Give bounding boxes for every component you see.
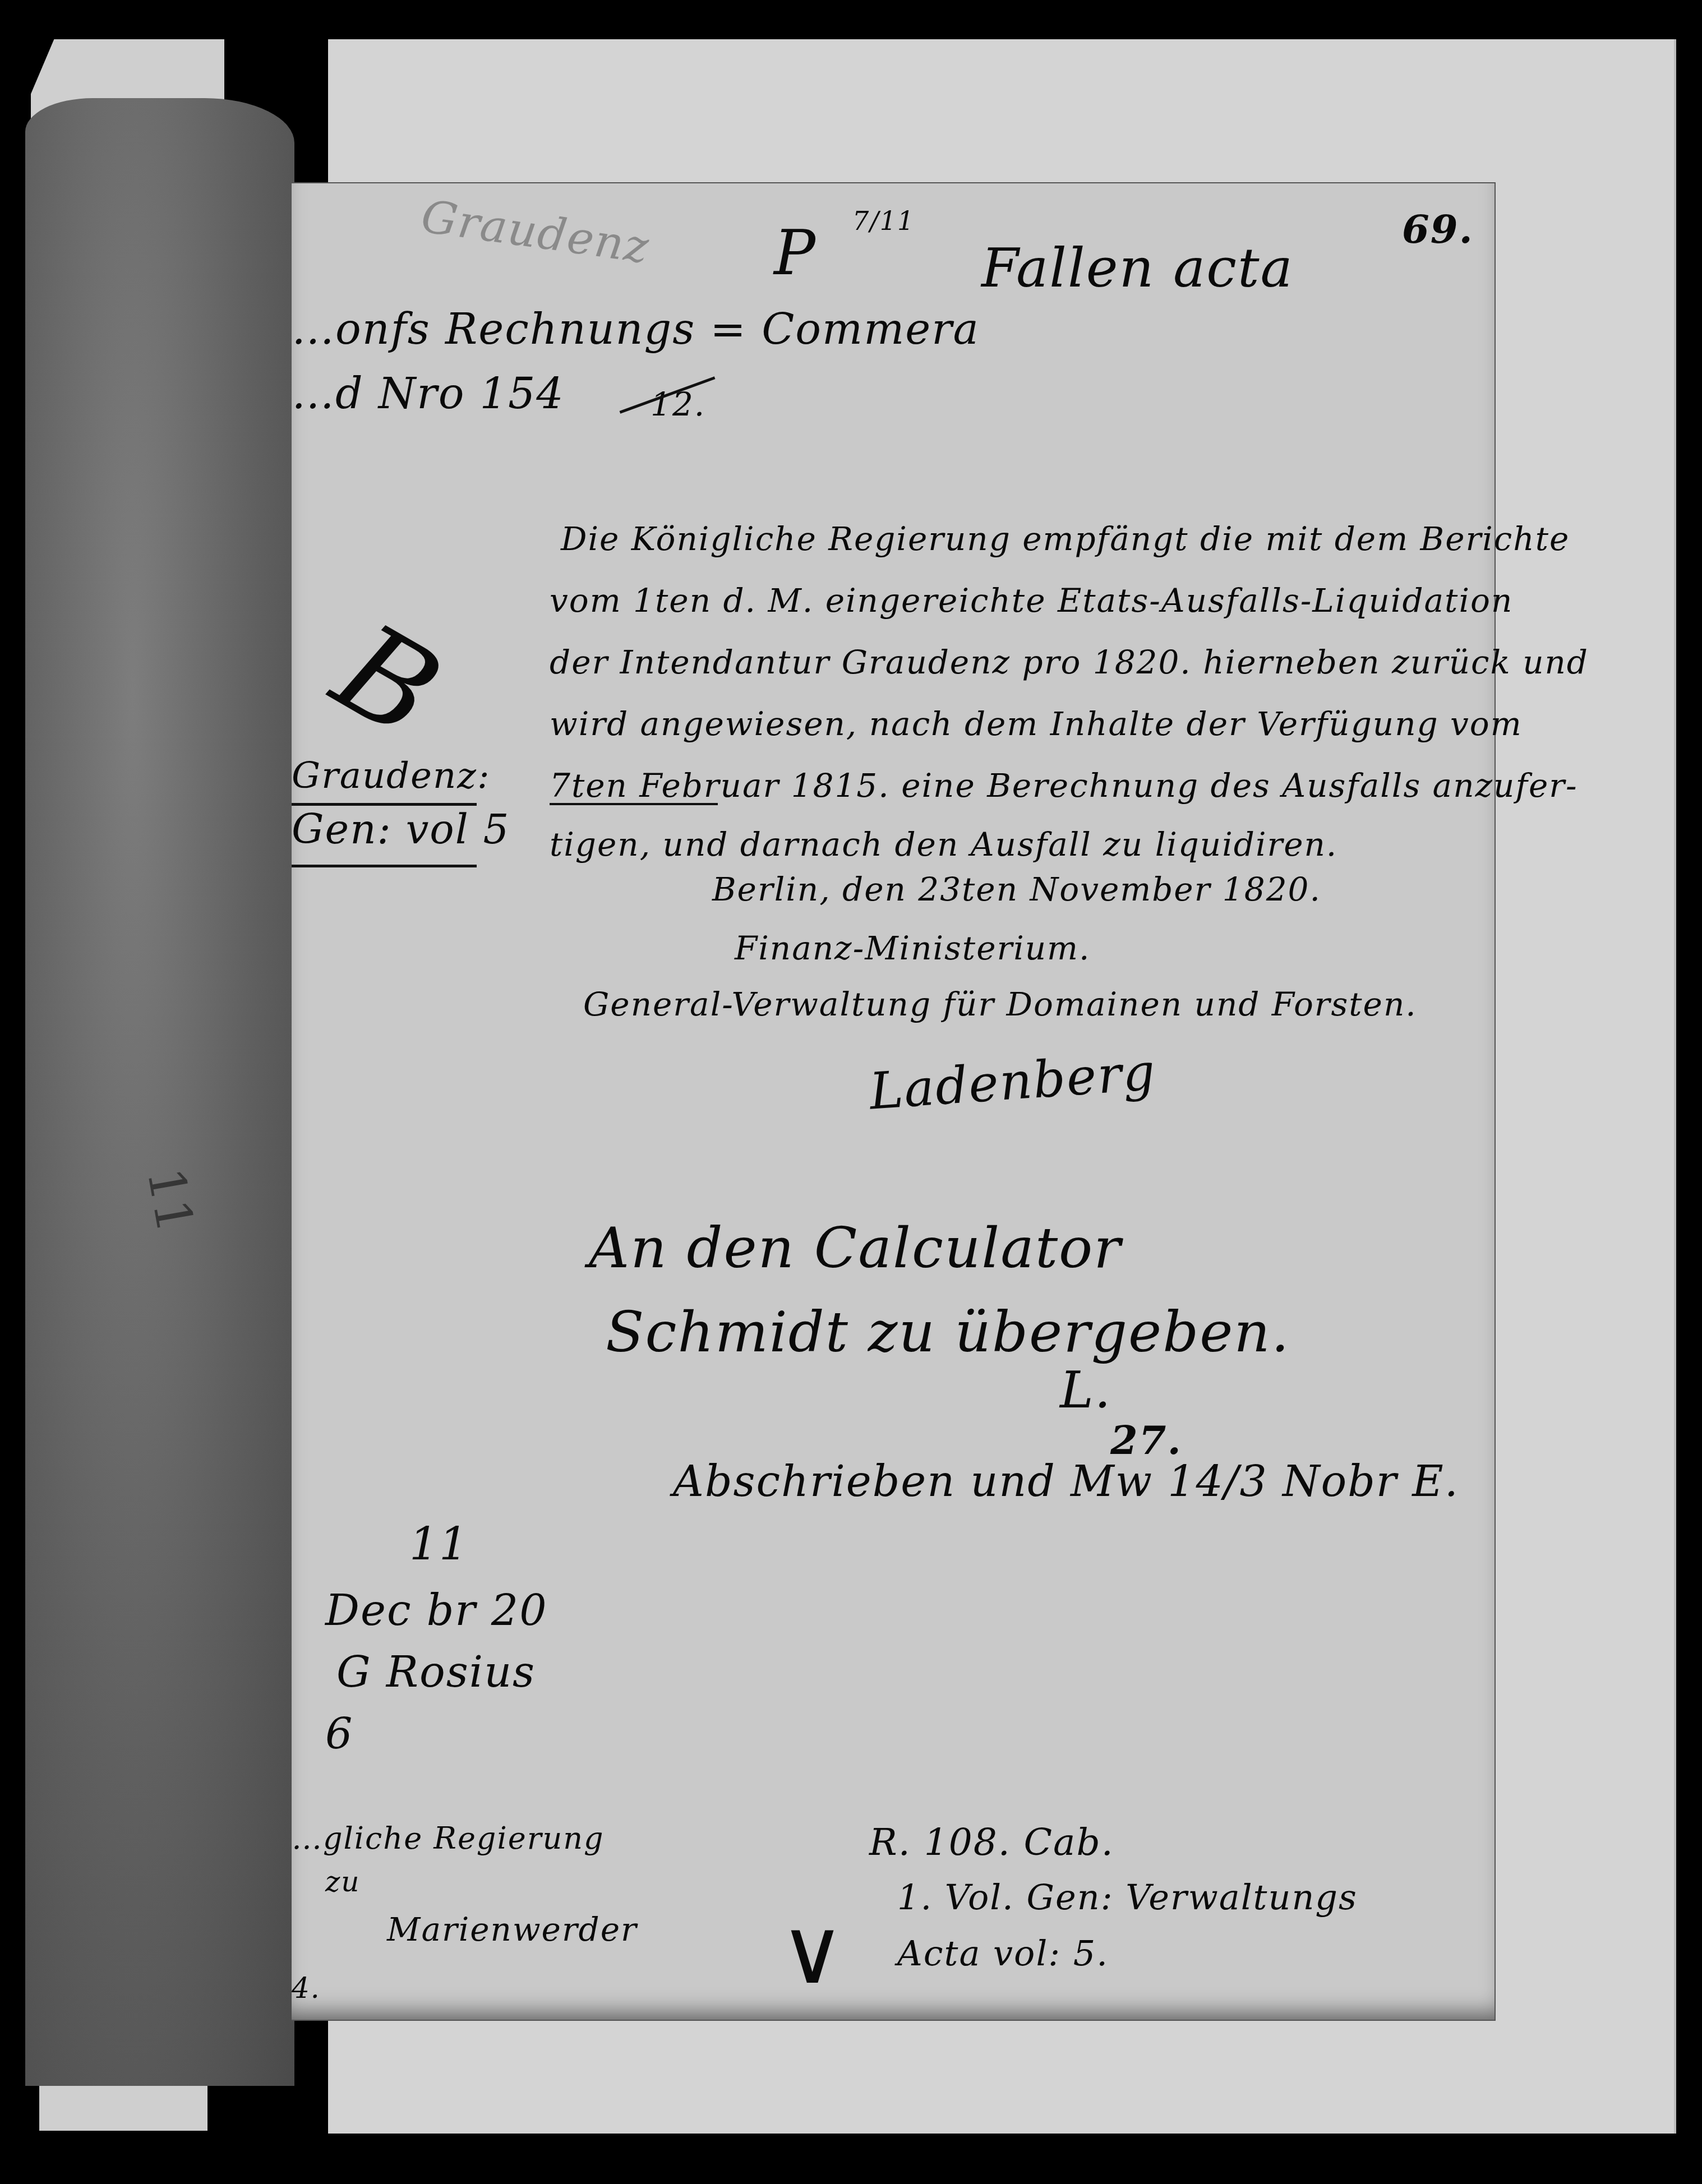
book-spine: 11 xyxy=(25,98,294,2086)
initials: L. xyxy=(1060,1361,1111,1420)
annotation-note: Abschrieben und Mw 14/3 Nobr E. xyxy=(673,1456,1459,1506)
header-note: Fallen acta xyxy=(981,237,1294,299)
header-mark-sup: 7/11 xyxy=(852,206,915,236)
address-line-4: 4. xyxy=(292,1972,321,2005)
department: General-Verwaltung für Domainen und Fors… xyxy=(583,985,1417,1023)
ref-line-1: R. 108. Cab. xyxy=(869,1821,1114,1864)
header-mark: P xyxy=(774,217,817,289)
address-line-1: …gliche Regierung xyxy=(292,1821,605,1856)
body-line-4: wird angewiesen, nach dem Inhalte der Ve… xyxy=(550,705,1523,743)
date-underline xyxy=(550,803,718,805)
faint-show-through-text: Graudenz xyxy=(418,190,653,274)
left-note-num: 11 xyxy=(409,1518,469,1570)
margin-line2: Gen: vol 5 xyxy=(292,806,510,853)
margin-line1: Graudenz: xyxy=(292,755,490,797)
receipt-flourish: B xyxy=(312,596,464,767)
left-note-date: Dec br 20 xyxy=(325,1585,547,1635)
header-title-line2: …d Nro 154 xyxy=(292,368,565,418)
body-line-3: der Intendantur Graudenz pro 1820. hiern… xyxy=(550,643,1589,681)
ministry: Finanz-Ministerium. xyxy=(735,929,1091,967)
body-line-2: vom 1ten d. M. eingereichte Etats-Ausfal… xyxy=(550,581,1513,620)
address-line-2: zu xyxy=(325,1866,361,1898)
body-line-1: Die Königliche Regierung empfängt die mi… xyxy=(561,520,1570,558)
instruction-line-2: Schmidt zu übergeben. xyxy=(606,1299,1290,1365)
instruction-line-1: An den Calculator xyxy=(589,1215,1122,1281)
folio-number: 69. xyxy=(1402,206,1474,252)
body-line-6: tigen, und darnach den Ausfall zu liquid… xyxy=(550,825,1337,864)
spine-mark: 11 xyxy=(136,1163,205,1237)
left-note-extra: 6 xyxy=(325,1709,353,1758)
spine-bottom-paper xyxy=(39,2086,207,2131)
body-line-5: 7ten Februar 1815. eine Berechnung des A… xyxy=(550,767,1578,805)
document-page: Graudenz P 7/11 Fallen acta 69. …onfs Re… xyxy=(292,182,1496,2021)
dateline: Berlin, den 23ten November 1820. xyxy=(712,870,1321,908)
ref-line-3: Acta vol: 5. xyxy=(897,1933,1109,1974)
address-line-3: Marienwerder xyxy=(387,1910,638,1948)
header-title-line1: …onfs Rechnungs = Commera xyxy=(292,304,980,354)
check-mark-flourish: ∨ xyxy=(779,1899,846,2004)
margin-rule-2 xyxy=(292,865,477,867)
ref-line-2: 1. Vol. Gen: Verwaltungs xyxy=(897,1877,1358,1918)
signature: Ladenberg xyxy=(868,1042,1158,1121)
left-note-name: G Rosius xyxy=(336,1647,536,1697)
